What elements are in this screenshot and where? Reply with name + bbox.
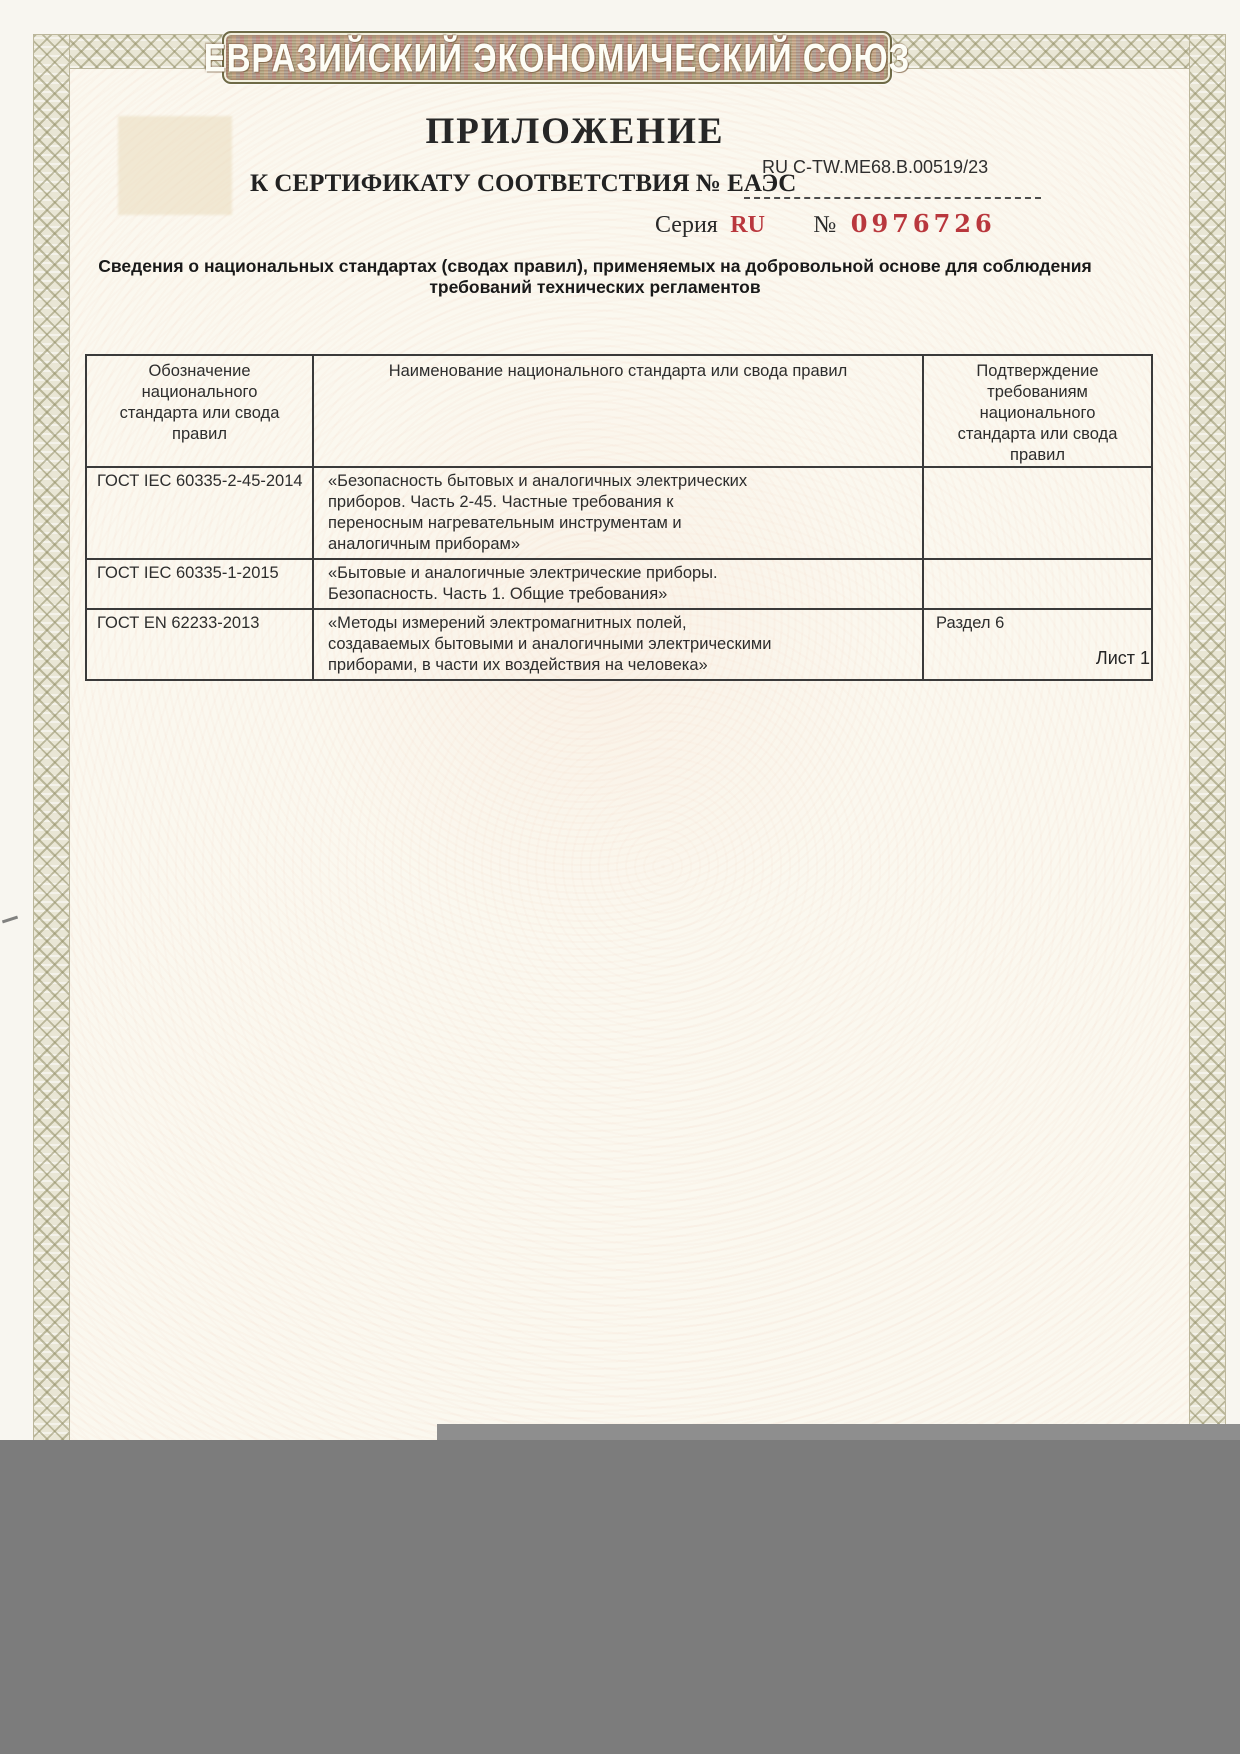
number-sign: №: [813, 212, 836, 238]
col-header-confirmation: Подтверждение требованиям национального …: [923, 355, 1152, 467]
standards-table-head: Обозначение национального стандарта или …: [86, 355, 1152, 467]
table-row: ГОСТ EN 62233-2013«Методы измерений элек…: [86, 609, 1152, 680]
eaeu-banner-text: ЕВРАЗИЙСКИЙ ЭКОНОМИЧЕСКИЙ СОЮЗ: [204, 34, 911, 80]
standards-table-body: ГОСТ IEC 60335-2-45-2014«Безопасность бы…: [86, 467, 1152, 680]
series-label: Серия: [655, 212, 718, 238]
eaeu-banner: ЕВРАЗИЙСКИЙ ЭКОНОМИЧЕСКИЙ СОЮЗ: [222, 31, 892, 84]
sheet-label: Лист 1: [1000, 648, 1150, 669]
table-row: ГОСТ IEC 60335-2-45-2014«Безопасность бы…: [86, 467, 1152, 559]
cell-name: «Бытовые и аналогичные электрические при…: [313, 559, 923, 609]
certificate-page: ЕВРАЗИЙСКИЙ ЭКОНОМИЧЕСКИЙ СОЮЗ ПРИЛОЖЕНИ…: [0, 0, 1240, 1754]
col-header-name: Наименование национального стандарта или…: [313, 355, 923, 467]
cell-name: «Методы измерений электромагнитных полей…: [313, 609, 923, 680]
cell-designation: ГОСТ EN 62233-2013: [86, 609, 313, 680]
page-title: ПРИЛОЖЕНИЕ: [60, 110, 1090, 153]
standards-table: Обозначение национального стандарта или …: [85, 354, 1153, 681]
table-row: ГОСТ IEC 60335-1-2015«Бытовые и аналогич…: [86, 559, 1152, 609]
cell-designation: ГОСТ IEC 60335-1-2015: [86, 559, 313, 609]
redaction-block-upper: [437, 1424, 1240, 1441]
certificate-number-underline: [744, 181, 1041, 199]
cell-confirmation: Раздел 6: [923, 609, 1152, 680]
table-header-row: Обозначение национального стандарта или …: [86, 355, 1152, 467]
series-value: RU: [730, 212, 765, 238]
redaction-block-lower: [0, 1440, 1240, 1754]
cell-confirmation: [923, 467, 1152, 559]
col-header-designation: Обозначение национального стандарта или …: [86, 355, 313, 467]
certificate-blank-number: 0976726: [851, 209, 996, 238]
decorative-border-left: [33, 34, 70, 1444]
decorative-border-right: [1189, 34, 1226, 1444]
intro-text: Сведения о национальных стандартах (свод…: [95, 256, 1095, 298]
cell-name: «Безопасность бытовых и аналогичных элек…: [313, 467, 923, 559]
pencil-stray-mark: [2, 916, 18, 924]
certificate-subtitle: К СЕРТИФИКАТУ СООТВЕТСТВИЯ № ЕАЭС: [250, 170, 796, 198]
cell-confirmation: [923, 559, 1152, 609]
cell-designation: ГОСТ IEC 60335-2-45-2014: [86, 467, 313, 559]
series-row: Серия RU № 0976726: [655, 209, 996, 239]
